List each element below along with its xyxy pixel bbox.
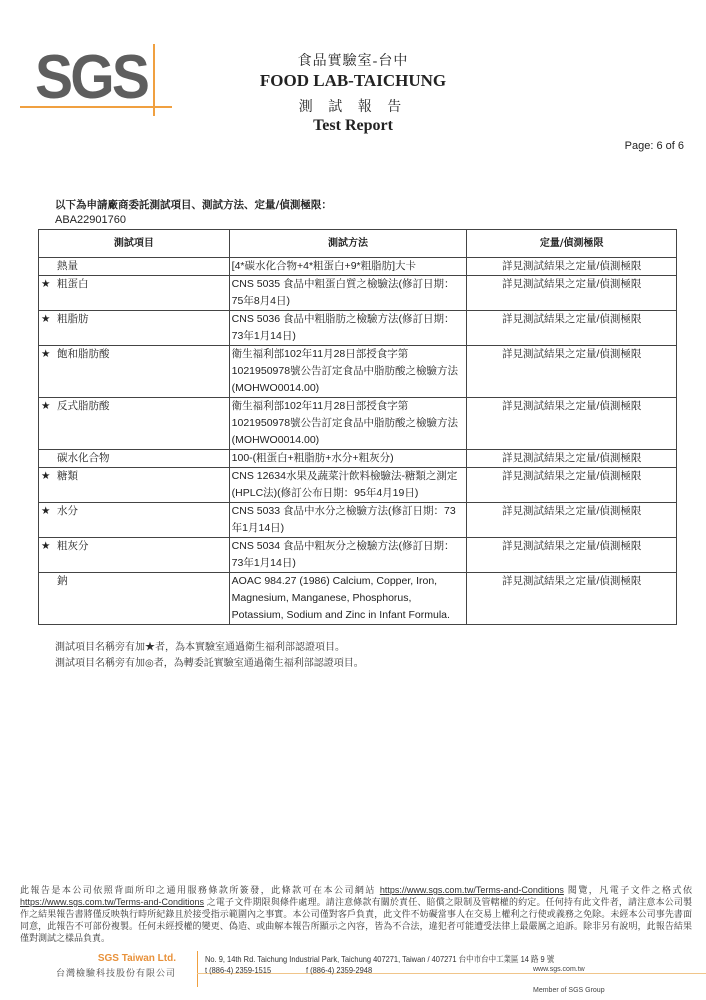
detection-limit-cell: 詳見測試結果之定量/偵測極限	[467, 450, 677, 468]
test-item-cell: ★粗脂肪	[39, 311, 230, 346]
accreditation-star-icon: ★	[41, 468, 57, 485]
accreditation-star-icon: ★	[41, 398, 57, 415]
test-item-cell: 碳水化合物	[39, 450, 230, 468]
detection-limit-cell: 詳見測試結果之定量/偵測極限	[467, 398, 677, 450]
page-number: Page: 6 of 6	[625, 140, 684, 152]
test-method-cell: CNS 12634水果及蔬菜汁飲料檢驗法-糖類之測定(HPLC法)(修訂公布日期…	[229, 468, 467, 503]
table-row: ★水分CNS 5033 食品中水分之檢驗方法(修訂日期：73年1月14日)詳見測…	[39, 503, 677, 538]
test-item-cell: ★反式脂肪酸	[39, 398, 230, 450]
footer-telephone: t (886-4) 2359-1515	[205, 965, 271, 975]
table-row: ★粗灰分CNS 5034 食品中粗灰分之檢驗方法(修訂日期：73年1月14日)詳…	[39, 538, 677, 573]
lab-name-en: FOOD LAB-TAICHUNG	[0, 71, 706, 91]
detection-limit-cell: 詳見測試結果之定量/偵測極限	[467, 503, 677, 538]
test-item-cell: ★粗灰分	[39, 538, 230, 573]
footer-company: SGS Taiwan Ltd. 台灣檢驗科技股份有限公司	[56, 953, 176, 979]
footer-fax: f (886-4) 2359-2948	[306, 965, 372, 975]
test-methods-table: 測試項目 測試方法 定量/偵測極限 熱量[4*碳水化合物+4*粗蛋白+9*粗脂肪…	[38, 229, 677, 625]
test-item-name: 碳水化合物	[57, 452, 110, 464]
report-title-zh: 測 試 報 告	[0, 96, 706, 116]
table-row: 碳水化合物100-(粗蛋白+粗脂肪+水分+粗灰分)詳見測試結果之定量/偵測極限	[39, 450, 677, 468]
test-method-cell: 衛生福利部102年11月28日部授食字第1021950978號公告訂定食品中脂肪…	[229, 398, 467, 450]
test-method-cell: CNS 5036 食品中粗脂肪之檢驗方法(修訂日期：73年1月14日)	[229, 311, 467, 346]
test-method-cell: CNS 5034 食品中粗灰分之檢驗方法(修訂日期：73年1月14日)	[229, 538, 467, 573]
test-method-cell: CNS 5035 食品中粗蛋白質之檢驗法(修訂日期：75年8月4日)	[229, 276, 467, 311]
test-item-name: 粗灰分	[57, 540, 89, 552]
test-item-name: 飽和脂肪酸	[57, 348, 110, 360]
footer-website[interactable]: www.sgs.com.tw	[533, 966, 585, 973]
terms-link-1[interactable]: https://www.sgs.com.tw/Terms-and-Conditi…	[380, 885, 564, 895]
detection-limit-cell: 詳見測試結果之定量/偵測極限	[467, 468, 677, 503]
footer-vertical-line	[197, 951, 198, 987]
test-item-name: 糖類	[57, 470, 78, 482]
test-item-cell: 熱量	[39, 258, 230, 276]
test-item-name: 反式脂肪酸	[57, 400, 110, 412]
accreditation-star-icon: ★	[41, 503, 57, 520]
terms-link-2[interactable]: https://www.sgs.com.tw/Terms-and-Conditi…	[20, 897, 204, 907]
test-item-cell: ★粗蛋白	[39, 276, 230, 311]
table-row: ★粗脂肪CNS 5036 食品中粗脂肪之檢驗方法(修訂日期：73年1月14日)詳…	[39, 311, 677, 346]
table-row: ★糖類CNS 12634水果及蔬菜汁飲料檢驗法-糖類之測定(HPLC法)(修訂公…	[39, 468, 677, 503]
disclaimer-part2: 閱覽，凡電子文件之格式依	[564, 885, 692, 895]
test-item-cell: ★糖類	[39, 468, 230, 503]
test-item-cell: 鈉	[39, 573, 230, 625]
test-item-cell: ★水分	[39, 503, 230, 538]
detection-limit-cell: 詳見測試結果之定量/偵測極限	[467, 276, 677, 311]
disclaimer: 此報告是本公司依照背面所印之通用服務條款所簽發，此條款可在本公司網站 https…	[20, 884, 692, 944]
report-number: ABA22901760	[55, 214, 126, 226]
detection-limit-cell: 詳見測試結果之定量/偵測極限	[467, 538, 677, 573]
test-item-name: 鈉	[57, 575, 68, 587]
test-method-cell: AOAC 984.27 (1986) Calcium, Copper, Iron…	[229, 573, 467, 625]
intro-text: 以下為申請廠商委託測試項目、測試方法、定量/偵測極限：	[55, 197, 332, 212]
note-star: 測試項目名稱旁有加★者，為本實驗室通過衛生福利部認證項目。	[55, 640, 364, 656]
notes: 測試項目名稱旁有加★者，為本實驗室通過衛生福利部認證項目。 測試項目名稱旁有加◎…	[55, 640, 364, 672]
table-row: 熱量[4*碳水化合物+4*粗蛋白+9*粗脂肪]大卡詳見測試結果之定量/偵測極限	[39, 258, 677, 276]
test-item-name: 粗蛋白	[57, 278, 89, 290]
accreditation-star-icon: ★	[41, 276, 57, 293]
company-name-en: SGS Taiwan Ltd.	[56, 953, 176, 964]
detection-limit-cell: 詳見測試結果之定量/偵測極限	[467, 311, 677, 346]
report-title-en: Test Report	[0, 117, 706, 135]
test-item-name: 粗脂肪	[57, 313, 89, 325]
footer-horizontal-line	[197, 973, 706, 974]
detection-limit-cell: 詳見測試結果之定量/偵測極限	[467, 346, 677, 398]
test-item-name: 水分	[57, 505, 78, 517]
table-row: ★飽和脂肪酸衛生福利部102年11月28日部授食字第1021950978號公告訂…	[39, 346, 677, 398]
note-circle: 測試項目名稱旁有加◎者，為轉委託實驗室通過衛生福利部認證項目。	[55, 656, 364, 672]
table-header-row: 測試項目 測試方法 定量/偵測極限	[39, 230, 677, 258]
header-detection-limit: 定量/偵測極限	[467, 230, 677, 258]
table-row: ★粗蛋白CNS 5035 食品中粗蛋白質之檢驗法(修訂日期：75年8月4日)詳見…	[39, 276, 677, 311]
footer-member: Member of SGS Group	[533, 987, 605, 994]
accreditation-star-icon: ★	[41, 346, 57, 363]
detection-limit-cell: 詳見測試結果之定量/偵測極限	[467, 573, 677, 625]
accreditation-star-icon: ★	[41, 538, 57, 555]
test-item-name: 熱量	[57, 260, 78, 272]
test-method-cell: 衛生福利部102年11月28日部授食字第1021950978號公告訂定食品中脂肪…	[229, 346, 467, 398]
lab-name-zh: 食品實驗室-台中	[0, 50, 706, 70]
disclaimer-part1: 此報告是本公司依照背面所印之通用服務條款所簽發，此條款可在本公司網站	[20, 885, 380, 895]
footer-address: No. 9, 14th Rd. Taichung Industrial Park…	[205, 953, 554, 965]
header-test-item: 測試項目	[39, 230, 230, 258]
detection-limit-cell: 詳見測試結果之定量/偵測極限	[467, 258, 677, 276]
header-test-method: 測試方法	[229, 230, 467, 258]
test-item-cell: ★飽和脂肪酸	[39, 346, 230, 398]
test-method-cell: CNS 5033 食品中水分之檢驗方法(修訂日期：73年1月14日)	[229, 503, 467, 538]
test-method-cell: 100-(粗蛋白+粗脂肪+水分+粗灰分)	[229, 450, 467, 468]
table-row: ★反式脂肪酸衛生福利部102年11月28日部授食字第1021950978號公告訂…	[39, 398, 677, 450]
company-name-zh: 台灣檢驗科技股份有限公司	[56, 966, 176, 979]
test-method-cell: [4*碳水化合物+4*粗蛋白+9*粗脂肪]大卡	[229, 258, 467, 276]
accreditation-star-icon: ★	[41, 311, 57, 328]
table-row: 鈉AOAC 984.27 (1986) Calcium, Copper, Iro…	[39, 573, 677, 625]
